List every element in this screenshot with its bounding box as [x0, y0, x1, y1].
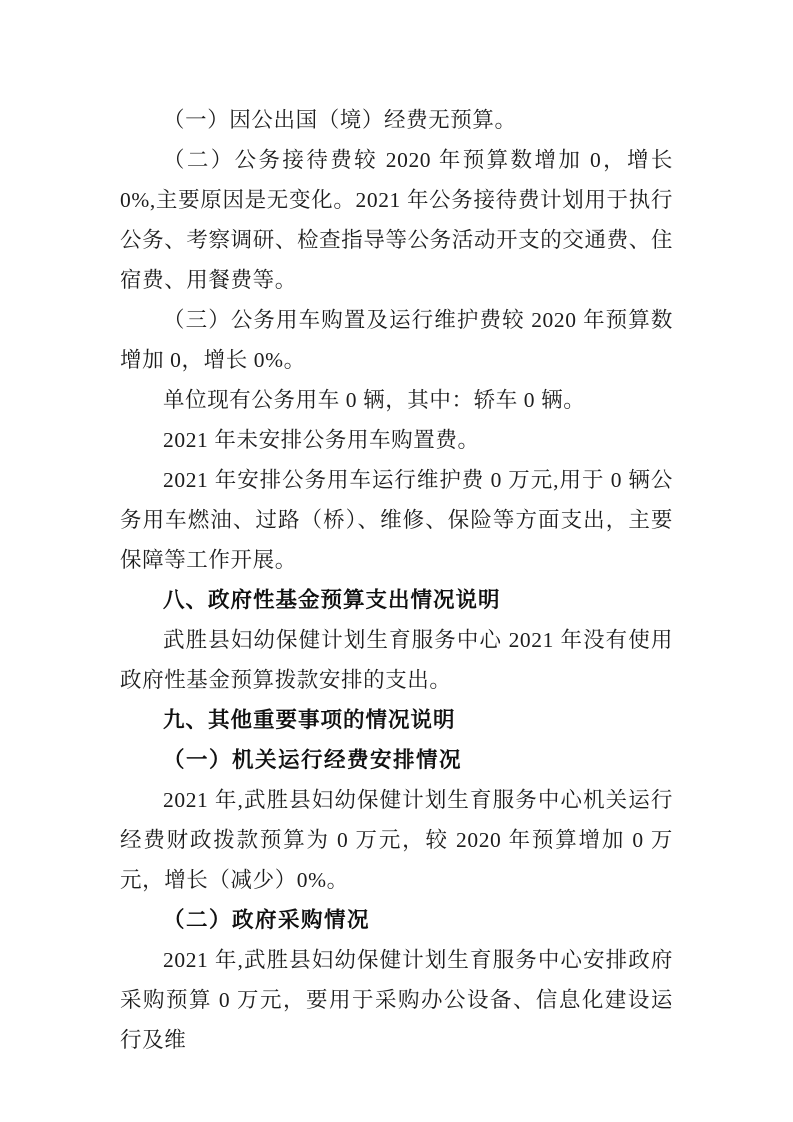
sub-section-heading: （二）政府采购情况 — [120, 900, 673, 940]
body-paragraph: 单位现有公务用车 0 辆，其中：轿车 0 辆。 — [120, 380, 673, 420]
document-content: （一）因公出国（境）经费无预算。（二）公务接待费较 2020 年预算数增加 0，… — [120, 100, 673, 1060]
body-paragraph: （一）因公出国（境）经费无预算。 — [120, 100, 673, 140]
body-paragraph: （三）公务用车购置及运行维护费较 2020 年预算数增加 0，增长 0%。 — [120, 300, 673, 380]
body-paragraph: 2021 年,武胜县妇幼保健计划生育服务中心安排政府采购预算 0 万元，要用于采… — [120, 940, 673, 1060]
document-page: （一）因公出国（境）经费无预算。（二）公务接待费较 2020 年预算数增加 0，… — [0, 0, 793, 1122]
body-paragraph: 2021 年安排公务用车运行维护费 0 万元,用于 0 辆公务用车燃油、过路（桥… — [120, 460, 673, 580]
body-paragraph: （二）公务接待费较 2020 年预算数增加 0，增长 0%,主要原因是无变化。2… — [120, 140, 673, 300]
body-paragraph: 2021 年未安排公务用车购置费。 — [120, 420, 673, 460]
section-heading: 八、政府性基金预算支出情况说明 — [120, 580, 673, 620]
body-paragraph: 武胜县妇幼保健计划生育服务中心 2021 年没有使用政府性基金预算拨款安排的支出… — [120, 620, 673, 700]
sub-section-heading: （一）机关运行经费安排情况 — [120, 740, 673, 780]
section-heading: 九、其他重要事项的情况说明 — [120, 700, 673, 740]
body-paragraph: 2021 年,武胜县妇幼保健计划生育服务中心机关运行经费财政拨款预算为 0 万元… — [120, 780, 673, 900]
